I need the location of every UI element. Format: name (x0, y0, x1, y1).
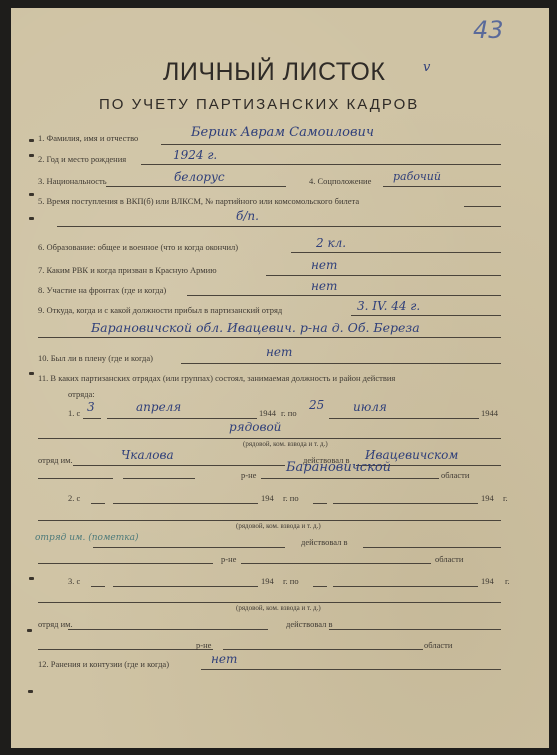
entry-3-to-month-line (333, 586, 478, 587)
entry-2-position-line (38, 520, 501, 521)
margin-mark (29, 217, 34, 220)
entry-1-oblast: Барановичской (286, 460, 391, 475)
entry-2-district-label: р-не (221, 554, 236, 564)
entry-2-to-month-line (333, 503, 478, 504)
field-8-value: нет (311, 279, 337, 293)
entry-1-day-line (83, 418, 101, 419)
field-6-line (291, 252, 501, 253)
entry-1-detachment-label: отряд им. (38, 455, 73, 465)
entry-3-acted-line (329, 629, 501, 630)
field-3-value: белорус (174, 170, 225, 184)
field-5-value: б/п. (236, 209, 259, 223)
entry-2-acted-label: действовал в (301, 537, 347, 547)
entry-3-position-line (38, 602, 501, 603)
entry-2-district-line (241, 563, 431, 564)
entry-3-district-label: р-не (196, 640, 211, 650)
entry-1-to-month: июля (353, 400, 387, 414)
field-9-label: 9. Откуда, когда и с какой должности при… (38, 305, 282, 315)
entry-2-to-day-line (313, 503, 327, 504)
field-7-label: 7. Каким РВК и когда призван в Красную А… (38, 265, 217, 275)
document-subtitle: ПО УЧЕТУ ПАРТИЗАНСКИХ КАДРОВ (99, 96, 419, 113)
entry-1-month-line (107, 418, 257, 419)
margin-mark (29, 154, 34, 157)
margin-mark (29, 577, 34, 580)
entry-2-po: г. по (283, 493, 299, 503)
entry-3-number: 3. с (68, 576, 80, 586)
field-9-line-2 (38, 337, 501, 338)
entry-1-po: г. по (281, 408, 297, 418)
entry-3-day-line (91, 586, 105, 587)
field-6-value: 2 кл. (316, 236, 346, 250)
entry-2-position-hint: (рядовой, ком. взвода и т. д.) (236, 522, 321, 530)
entry-2-detachment-line (93, 547, 285, 548)
entry-2-year-from: 194 (261, 493, 274, 503)
entry-3-g: г. (505, 576, 510, 586)
entry-3-position-hint: (рядовой, ком. взвода и т. д.) (236, 604, 321, 612)
field-4-label: 4. Соцположение (309, 176, 371, 186)
entry-1-number: 1. с (68, 408, 80, 418)
entry-1-to-month-line (329, 418, 479, 419)
field-1-value: Бершк Аврам Самоилович (191, 125, 374, 140)
entry-3-acted-label: действовал в (286, 619, 332, 629)
field-7-value: нет (311, 258, 337, 272)
entry-1-position: рядовой (229, 420, 281, 434)
field-4-value: рабочий (393, 170, 441, 183)
entry-1-to-day: 25 (309, 398, 324, 412)
field-8-line (187, 295, 501, 296)
entry-3-detachment-line (68, 629, 268, 630)
entry-3-year-from: 194 (261, 576, 274, 586)
field-11-label-2: отряда: (68, 389, 95, 399)
entry-1-detachment: Чкалова (121, 448, 174, 462)
margin-mark (27, 629, 32, 632)
margin-mark (29, 193, 34, 196)
entry-3-detachment-label: отряд им. (38, 619, 73, 629)
entry-3-to-day-line (313, 586, 327, 587)
field-5-line-2 (57, 226, 501, 227)
margin-mark (29, 372, 34, 375)
check-mark: v (423, 60, 430, 75)
entry-1-blank-line-2 (123, 478, 195, 479)
field-9-value-2: Барановичской обл. Ивацевич. р-на д. Об.… (91, 320, 420, 335)
field-3-label: 3. Национальность (38, 176, 107, 186)
field-5-label: 5. Время поступления в ВКП(б) или ВЛКСМ,… (38, 196, 359, 206)
field-9-line (351, 315, 501, 316)
field-5-line (464, 206, 501, 207)
entry-3-month-line (113, 586, 258, 587)
margin-mark (28, 690, 33, 693)
entry-1-position-line (38, 438, 501, 439)
field-7-line (266, 275, 501, 276)
entry-2-blank-line (38, 563, 213, 564)
entry-1-position-hint: (рядовой, ком. взвода и т. д.) (243, 440, 328, 448)
entry-2-month-line (113, 503, 258, 504)
field-11-label: 11. В каких партизанских отрядах (или гр… (38, 373, 395, 383)
entry-1-district-label: р-не (241, 470, 256, 480)
entry-2-acted-line (363, 547, 501, 548)
entry-3-year-to: 194 (481, 576, 494, 586)
field-2-value: 1924 г. (173, 148, 217, 162)
entry-1-district-line (261, 478, 439, 479)
entry-1-oblast-label: области (441, 470, 469, 480)
entry-3-district-line (223, 649, 423, 650)
field-6-label: 6. Образование: общее и военное (что и к… (38, 242, 238, 252)
entry-3-oblast-label: области (424, 640, 452, 650)
entry-2-number: 2. с (68, 493, 80, 503)
entry-1-day: 3 (87, 400, 95, 414)
field-4-line (383, 186, 501, 187)
entry-2-year-to: 194 (481, 493, 494, 503)
field-3-line (106, 186, 286, 187)
entry-1-blank-line (38, 478, 113, 479)
entry-1-year-to: 1944 (481, 408, 498, 418)
field-9-value: 3. IV. 44 г. (357, 299, 420, 313)
field-10-line (181, 363, 501, 364)
field-1-label: 1. Фамилия, имя и отчество (38, 133, 138, 143)
field-1-line (161, 144, 501, 145)
entry-3-po: г. по (283, 576, 299, 586)
field-12-line (201, 669, 501, 670)
field-2-label: 2. Год и место рождения (38, 154, 126, 164)
entry-1-month: апреля (136, 400, 181, 414)
field-12-value: нет (211, 652, 237, 666)
page-number-handwritten: 43 (473, 16, 504, 44)
field-10-label: 10. Был ли в плену (где и когда) (38, 353, 153, 363)
entry-2-g: г. (503, 493, 508, 503)
field-10-value: нет (266, 345, 292, 359)
entry-3-blank-line (38, 649, 213, 650)
entry-2-day-line (91, 503, 105, 504)
document-title: ЛИЧНЫЙ ЛИСТОК (163, 58, 385, 87)
field-12-label: 12. Ранения и контузии (где и когда) (38, 659, 169, 669)
entry-1-year-from: 1944 (259, 408, 276, 418)
document-page: 43 ЛИЧНЫЙ ЛИСТОК v ПО УЧЕТУ ПАРТИЗАНСКИХ… (11, 8, 549, 748)
field-8-label: 8. Участие на фронтах (где и когда) (38, 285, 166, 295)
entry-1-detachment-line (73, 465, 285, 466)
field-2-line (141, 164, 501, 165)
entry-2-oblast-label: области (435, 554, 463, 564)
margin-mark (29, 139, 34, 142)
